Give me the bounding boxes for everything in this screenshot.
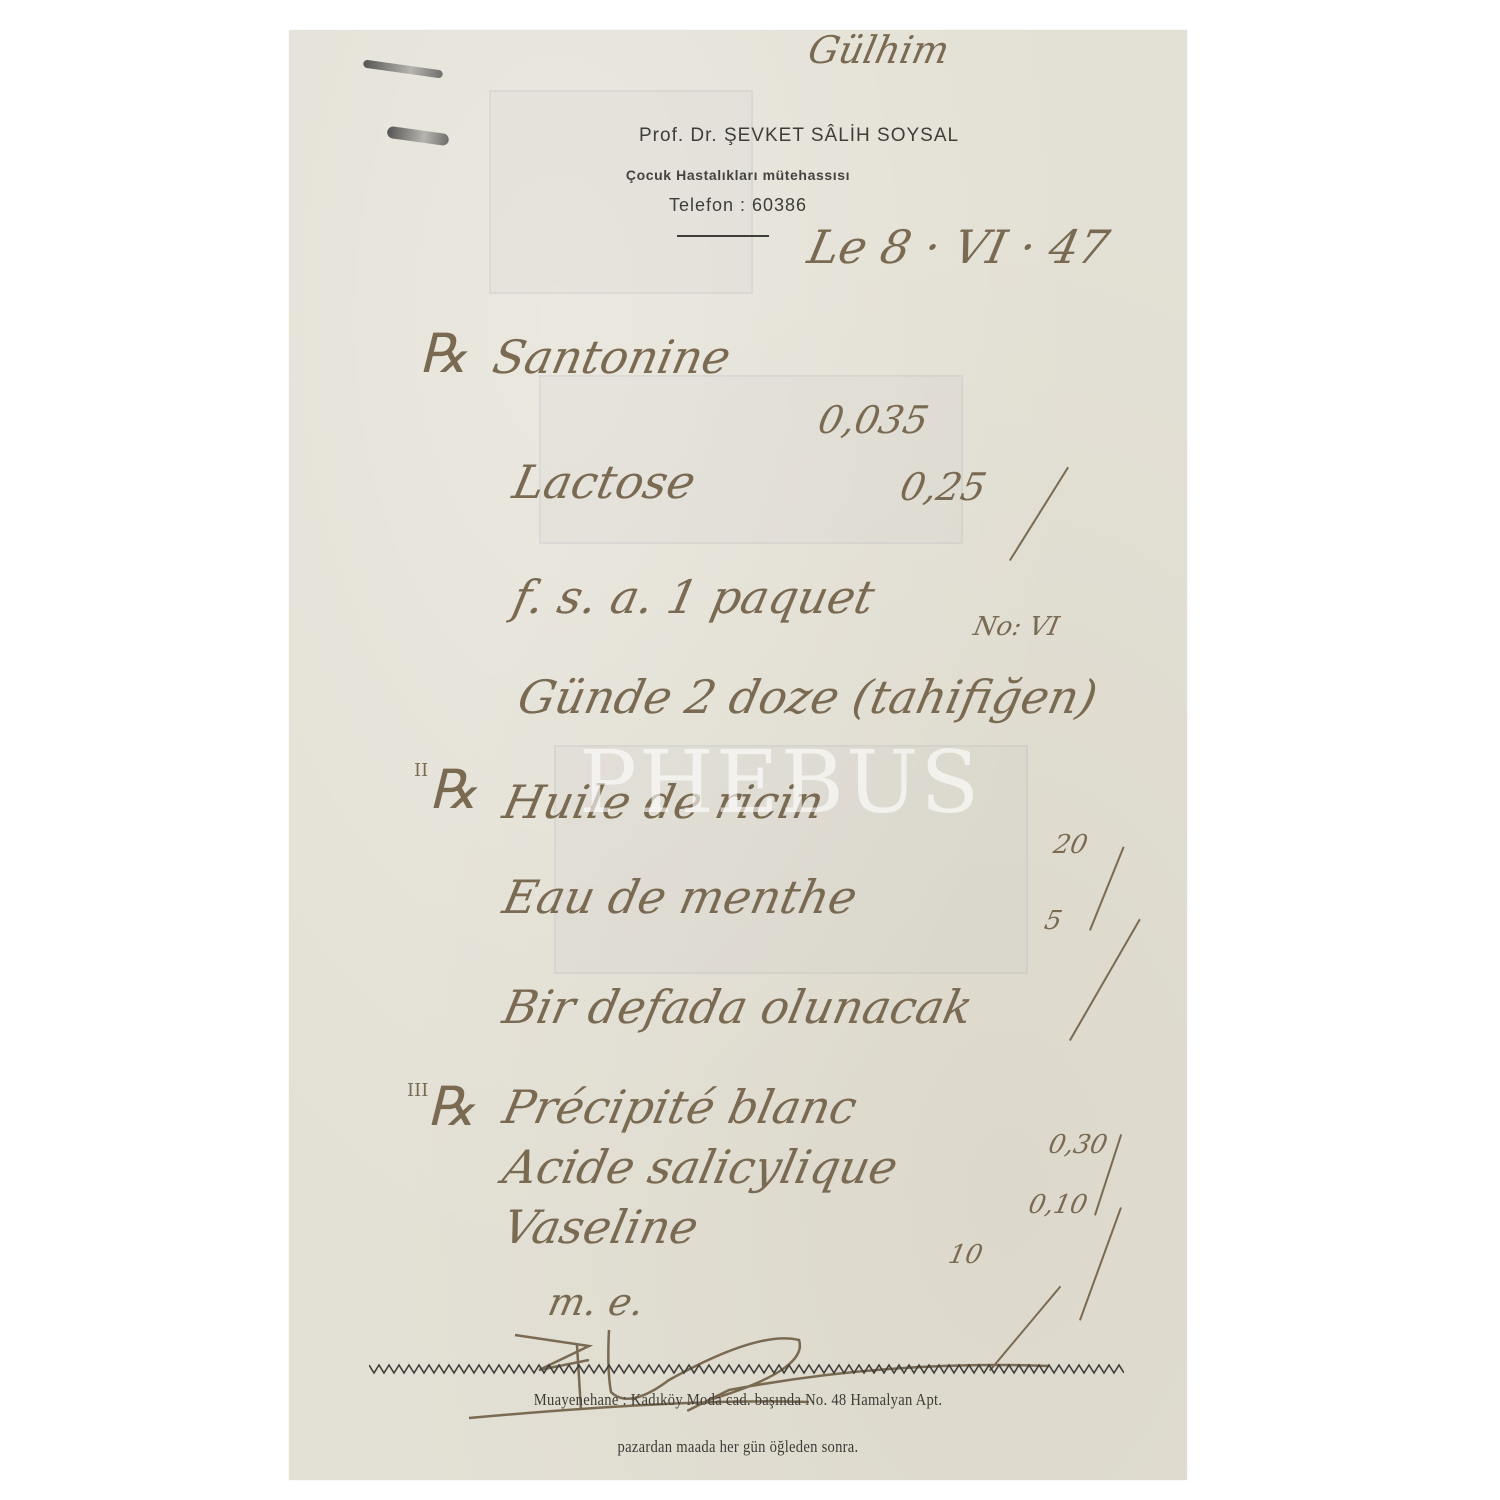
footer-hours: pazardan maada her gün öğleden sonra. xyxy=(352,1437,1124,1457)
footer-address: Muayenehane : Kadıköy Moda cad. başında … xyxy=(352,1390,1124,1410)
watermark: PHEBUS xyxy=(579,733,981,833)
footer-zigzag-divider xyxy=(369,1362,1124,1376)
